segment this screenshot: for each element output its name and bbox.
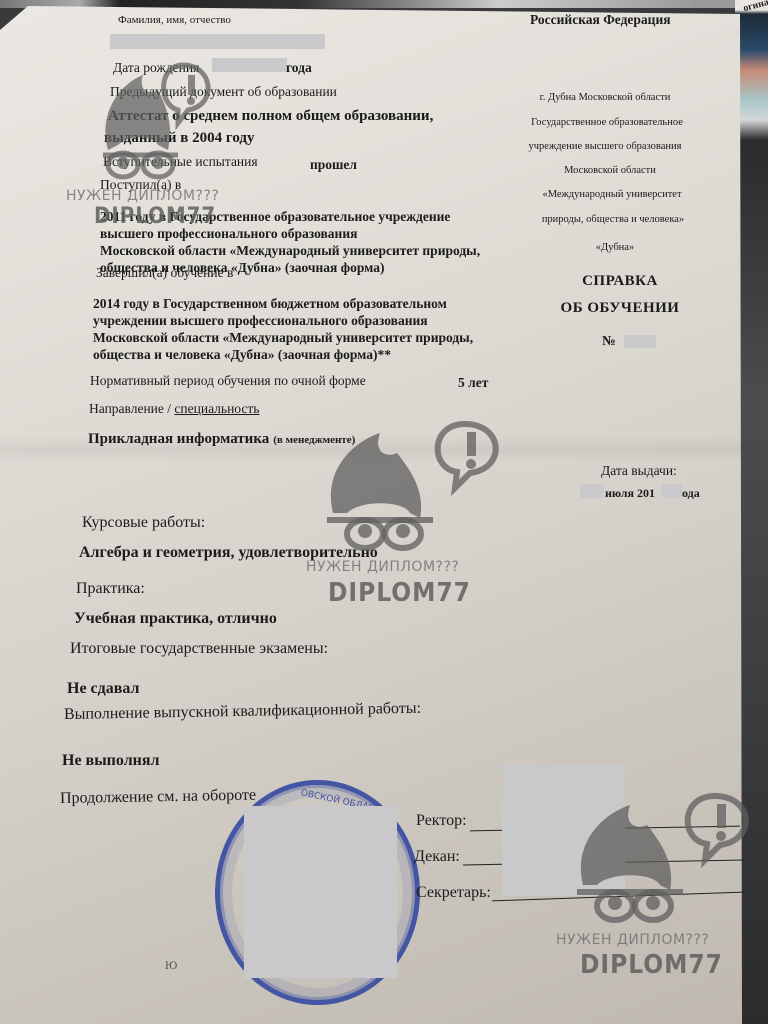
entrance-value: прошел bbox=[310, 157, 357, 173]
direction-underlined: специальность bbox=[174, 401, 259, 416]
watermark-subtitle: НУЖЕН ДИПЛОМ??? bbox=[306, 559, 459, 575]
institution-line: Государственное образовательное bbox=[497, 117, 717, 128]
institution-line: «Международный университет bbox=[502, 189, 722, 200]
enrolled-line: Московской области «Международный универ… bbox=[100, 242, 480, 259]
watermark-brand: DIPLOM77 bbox=[328, 578, 471, 608]
finished-label: Завершил(а) обучение в bbox=[96, 265, 233, 281]
rector-label: Ректор: bbox=[416, 812, 467, 830]
issue-date-suffix: ода bbox=[682, 486, 700, 501]
finished-block: 2014 году в Государственном бюджетном об… bbox=[93, 295, 473, 363]
doc-title-1: СПРАВКА bbox=[530, 273, 710, 290]
redacted-doc-number bbox=[624, 335, 656, 348]
watermark-logo-icon bbox=[325, 418, 505, 563]
handwritten-mark: Ю bbox=[165, 958, 177, 973]
country-title: Российская Федерация bbox=[530, 12, 671, 28]
fio-label: Фамилия, имя, отчество bbox=[118, 14, 231, 26]
institution-line: учреждение высшего образования bbox=[495, 141, 715, 152]
doc-title-2: ОБ ОБУЧЕНИИ bbox=[530, 300, 710, 317]
backdrop-top bbox=[0, 0, 768, 8]
redacted-stamp-center bbox=[244, 806, 397, 978]
institution-line: Московской области bbox=[500, 165, 720, 176]
watermark-logo-icon bbox=[575, 790, 755, 935]
finished-line: 2014 году в Государственном бюджетном об… bbox=[93, 295, 473, 312]
specialty-value: Прикладная информатика bbox=[88, 431, 269, 447]
watermark-subtitle: НУЖЕН ДИПЛОМ??? bbox=[66, 188, 219, 204]
redacted-issue-year bbox=[662, 484, 682, 498]
practice-label: Практика: bbox=[76, 580, 145, 598]
doc-number-prefix: № bbox=[602, 333, 616, 349]
issue-date-month: июля 201 bbox=[605, 486, 655, 501]
watermark-brand: DIPLOM77 bbox=[94, 204, 216, 229]
watermark-subtitle: НУЖЕН ДИПЛОМ??? bbox=[556, 932, 709, 948]
finished-line: учреждении высшего профессионального обр… bbox=[93, 312, 473, 329]
thesis-value: Не выполнял bbox=[62, 752, 160, 770]
institution-line: «Дубна» bbox=[505, 242, 725, 253]
issue-date-label: Дата выдачи: bbox=[601, 463, 677, 479]
practice-value: Учебная практика, отлично bbox=[74, 610, 277, 628]
specialty: Прикладная информатика (в менеджменте) bbox=[88, 430, 355, 448]
secretary-label: Секретарь: bbox=[416, 884, 491, 902]
city: г. Дубна Московской области bbox=[495, 92, 715, 103]
direction-label-text: Направление / bbox=[89, 401, 171, 416]
institution-line: природы, общества и человека» bbox=[503, 214, 723, 225]
dean-label: Декан: bbox=[414, 848, 460, 866]
direction-label: Направление / специальность bbox=[89, 401, 259, 417]
state-exams-label: Итоговые государственные экзамены: bbox=[70, 640, 328, 658]
watermark-logo-icon bbox=[88, 55, 218, 190]
finished-line: Московской области «Международный универ… bbox=[93, 329, 473, 346]
redacted-fio bbox=[110, 34, 325, 49]
continued-note: Продолжение см. на обороте bbox=[60, 787, 256, 808]
period-value: 5 лет bbox=[458, 375, 488, 391]
period-label: Нормативный период обучения по очной фор… bbox=[90, 373, 366, 389]
watermark-brand: DIPLOM77 bbox=[580, 950, 723, 980]
coursework-label: Курсовые работы: bbox=[82, 514, 205, 532]
birth-suffix: года bbox=[286, 60, 312, 76]
backdrop-edge-label: огина bbox=[742, 0, 768, 14]
redacted-birth-date bbox=[212, 58, 287, 72]
state-exams-value: Не сдавал bbox=[67, 680, 140, 698]
finished-line: общества и человека «Дубна» (заочная фор… bbox=[93, 346, 473, 363]
redacted-issue-day bbox=[580, 484, 604, 498]
